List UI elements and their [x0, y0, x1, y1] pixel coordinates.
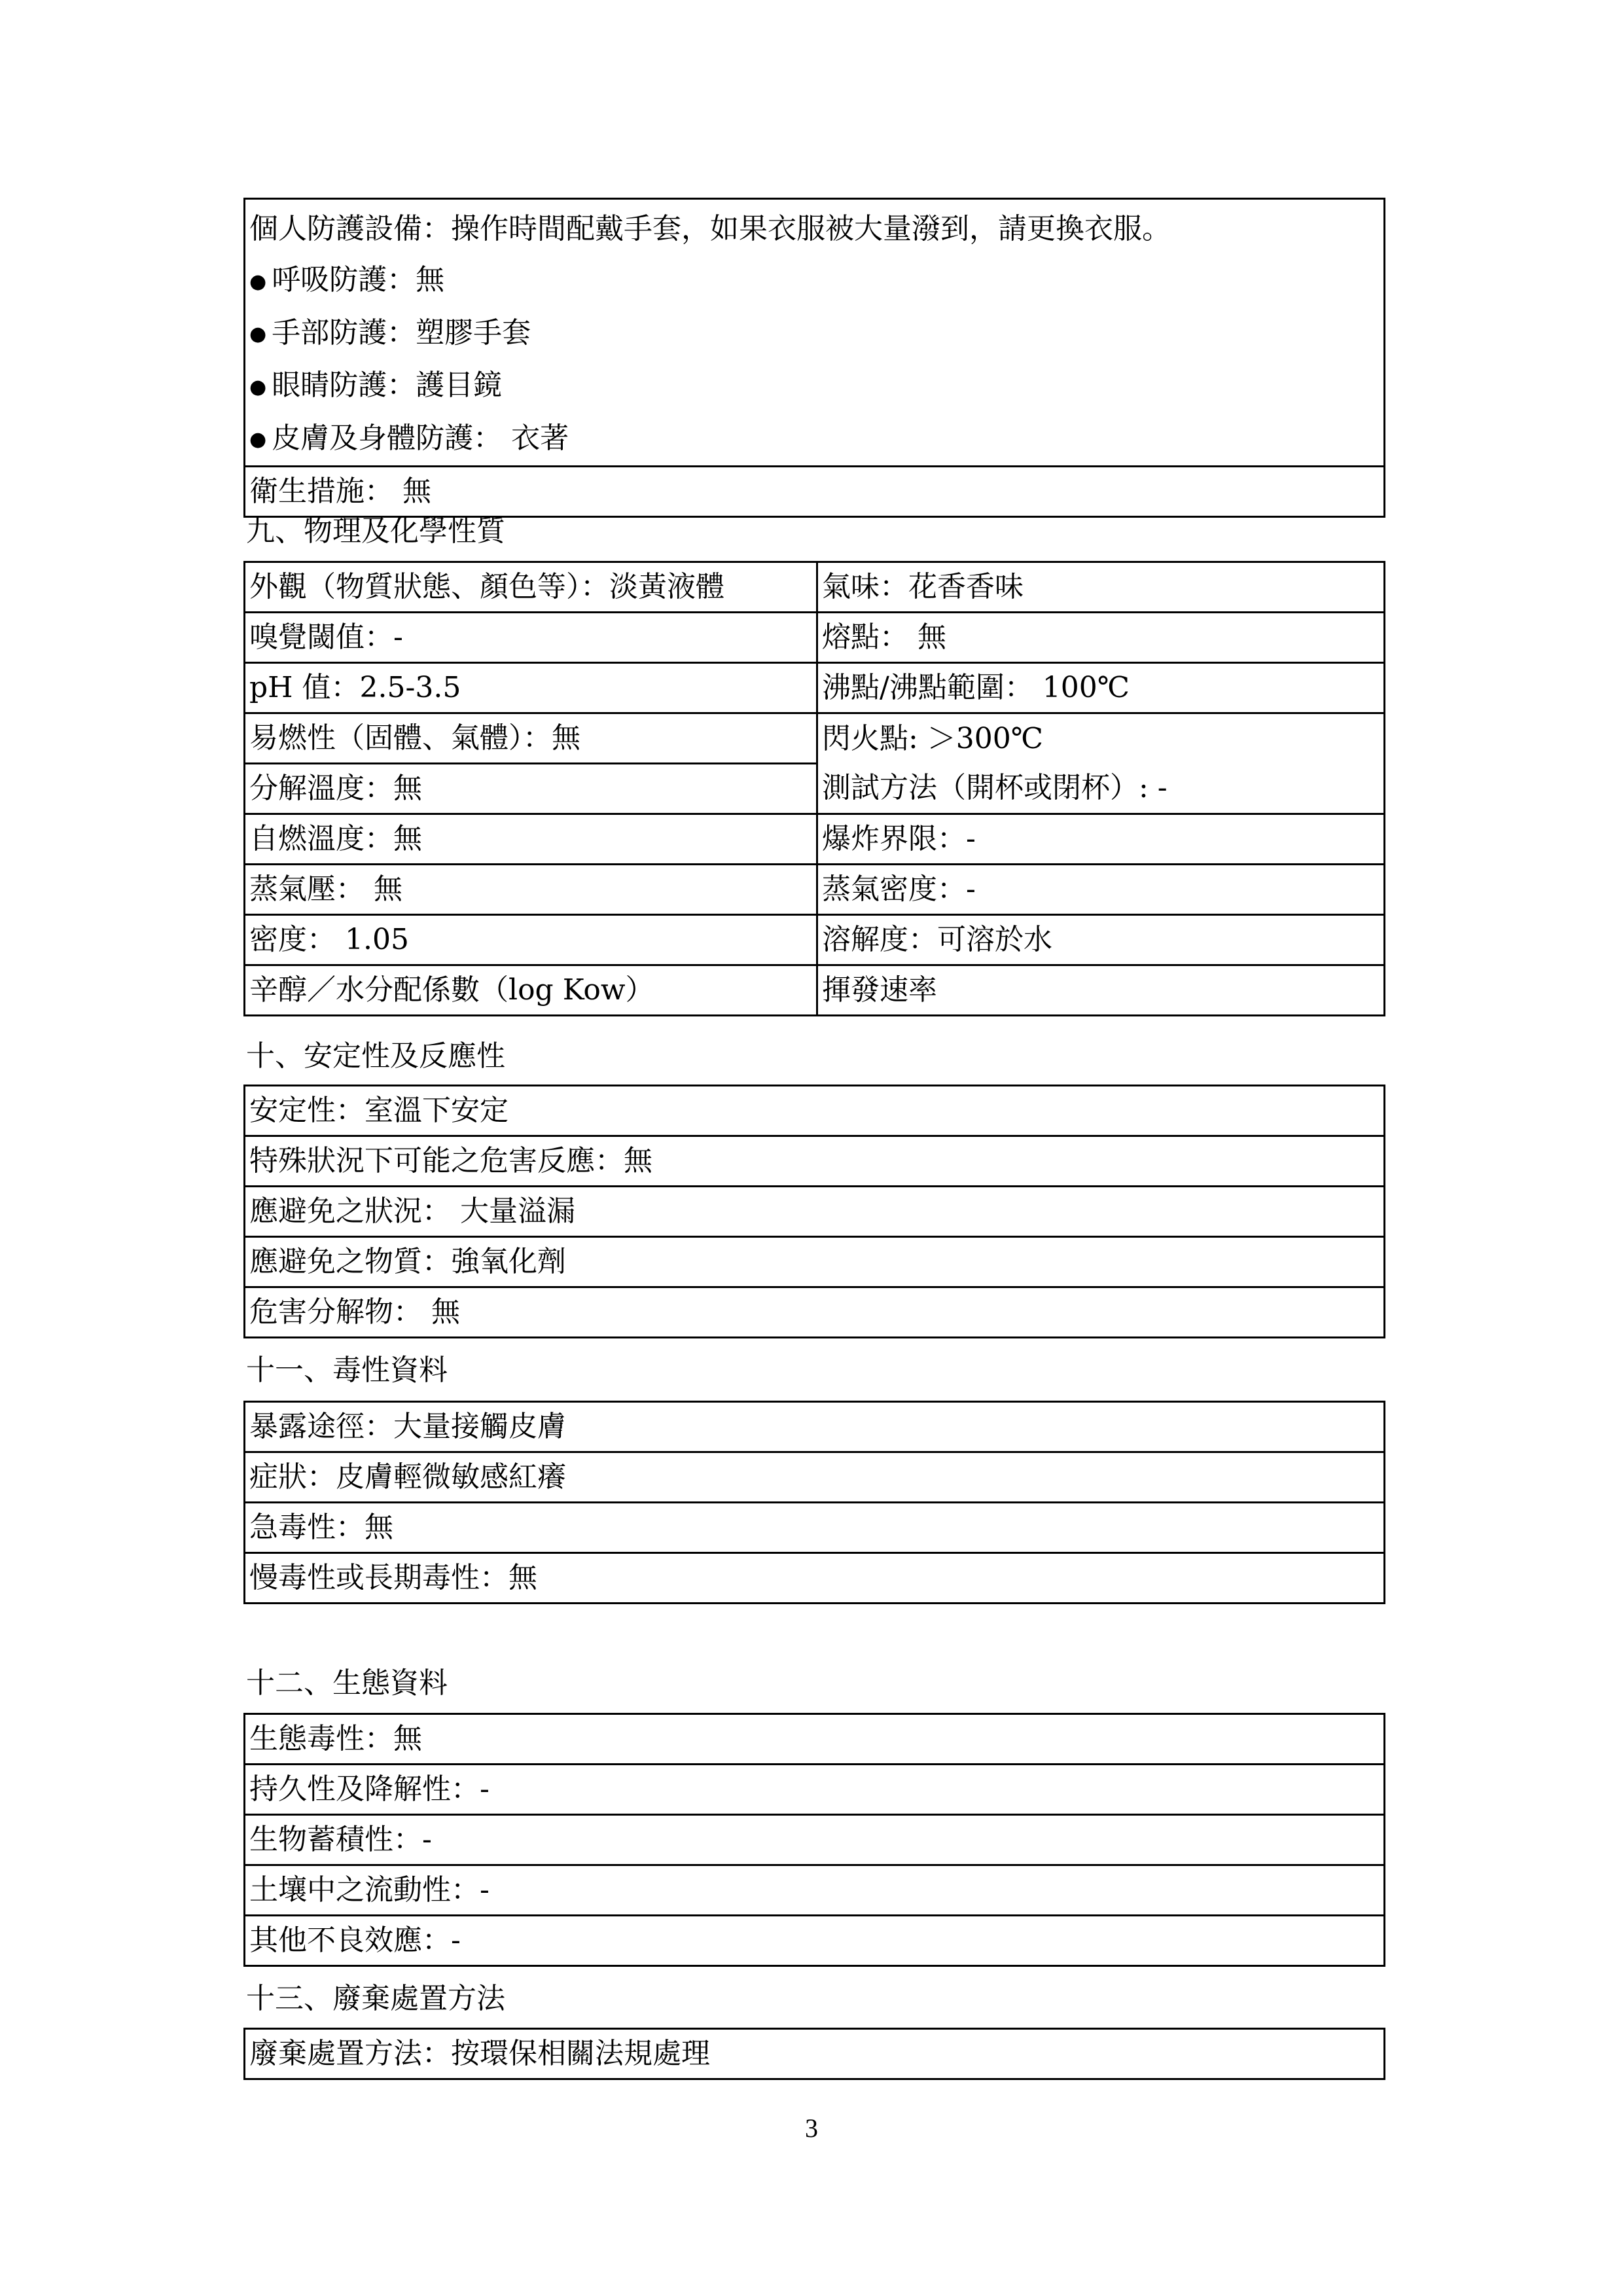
- table-row: 外觀（物質狀態、顏色等）：淡黃液體氣味：花香香味: [245, 562, 1385, 613]
- table-row: 症狀：皮膚輕微敏感紅癢: [245, 1452, 1385, 1503]
- section-10-block: 安定性：室溫下安定 特殊狀況下可能之危害反應：無 應避免之狀況： 大量溢漏 應避…: [243, 1085, 1385, 1338]
- property-cell: pH 值：2.5-3.5: [245, 663, 817, 713]
- stability-cell: 應避免之物質：強氧化劑: [245, 1237, 1385, 1287]
- ppe-cell: 個人防護設備：操作時間配戴手套，如果衣服被大量潑到，請更換衣服。 呼吸防護：無 …: [245, 199, 1385, 467]
- section-10-title: 十、安定性及反應性: [246, 1037, 505, 1076]
- section-9-title: 九、物理及化學性質: [246, 512, 505, 551]
- ecology-cell: 持久性及降解性：-: [245, 1765, 1385, 1815]
- section-13-block: 廢棄處置方法：按環保相關法規處理: [243, 2028, 1385, 2080]
- ppe-item-text: 呼吸防護：無: [272, 263, 444, 296]
- table-row: 急毒性：無: [245, 1503, 1385, 1553]
- table-row: 土壤中之流動性：-: [245, 1865, 1385, 1916]
- ecology-cell: 生物蓄積性：-: [245, 1815, 1385, 1865]
- property-cell: 外觀（物質狀態、顏色等）：淡黃液體: [245, 562, 817, 613]
- ppe-item-eye: 眼睛防護：護目鏡: [249, 360, 1380, 413]
- table-row: 嗅覺閾值：-熔點： 無: [245, 613, 1385, 663]
- table-row: 自燃溫度：無爆炸界限：-: [245, 814, 1385, 865]
- section-12-title: 十二、生態資料: [246, 1664, 448, 1703]
- ecology-cell: 生態毒性：無: [245, 1714, 1385, 1765]
- section-13-title: 十三、廢棄處置方法: [246, 1979, 505, 2018]
- table-row: 應避免之物質：強氧化劑: [245, 1237, 1385, 1287]
- table-row: 分解溫度：無測試方法（開杯或閉杯）: -: [245, 764, 1385, 814]
- property-cell: 氣味：花香香味: [817, 562, 1385, 613]
- property-cell: 自燃溫度：無: [245, 814, 817, 865]
- property-cell: 蒸氣密度：-: [817, 865, 1385, 915]
- stability-cell: 應避免之狀況： 大量溢漏: [245, 1187, 1385, 1237]
- table-row: 持久性及降解性：-: [245, 1765, 1385, 1815]
- ppe-item-text: 皮膚及身體防護： 衣著: [272, 422, 569, 455]
- toxicity-cell: 急毒性：無: [245, 1503, 1385, 1553]
- hygiene-cell: 衛生措施： 無: [245, 467, 1385, 517]
- ppe-item-respiratory: 呼吸防護：無: [249, 255, 1380, 308]
- table-row: 其他不良效應：-: [245, 1916, 1385, 1966]
- property-cell: 密度： 1.05: [245, 915, 817, 965]
- table-row: 蒸氣壓： 無蒸氣密度：-: [245, 865, 1385, 915]
- stability-table: 安定性：室溫下安定 特殊狀況下可能之危害反應：無 應避免之狀況： 大量溢漏 應避…: [243, 1085, 1385, 1338]
- toxicity-cell: 暴露途徑：大量接觸皮膚: [245, 1402, 1385, 1452]
- table-row: 衛生措施： 無: [245, 467, 1385, 517]
- ppe-table: 個人防護設備：操作時間配戴手套，如果衣服被大量潑到，請更換衣服。 呼吸防護：無 …: [243, 198, 1385, 518]
- table-row: 特殊狀況下可能之危害反應：無: [245, 1136, 1385, 1187]
- property-cell: 辛醇／水分配係數（log Kow）: [245, 965, 817, 1016]
- property-cell: 嗅覺閾值：-: [245, 613, 817, 663]
- ppe-item-text: 手部防護：塑膠手套: [272, 316, 531, 350]
- toxicity-table: 暴露途徑：大量接觸皮膚 症狀：皮膚輕微敏感紅癢 急毒性：無 慢毒性或長期毒性：無: [243, 1401, 1385, 1604]
- ecology-table: 生態毒性：無 持久性及降解性：- 生物蓄積性：- 土壤中之流動性：- 其他不良效…: [243, 1713, 1385, 1967]
- ecology-cell: 其他不良效應：-: [245, 1916, 1385, 1966]
- toxicity-cell: 症狀：皮膚輕微敏感紅癢: [245, 1452, 1385, 1503]
- section-9-block: 外觀（物質狀態、顏色等）：淡黃液體氣味：花香香味 嗅覺閾值：-熔點： 無 pH …: [243, 561, 1385, 1016]
- property-cell: 閃火點: ＞300℃: [817, 713, 1385, 764]
- page-number: 3: [0, 2113, 1623, 2144]
- property-cell: 溶解度：可溶於水: [817, 915, 1385, 965]
- ppe-item-skin: 皮膚及身體防護： 衣著: [249, 413, 1380, 466]
- table-row: 個人防護設備：操作時間配戴手套，如果衣服被大量潑到，請更換衣服。 呼吸防護：無 …: [245, 199, 1385, 467]
- table-row: 慢毒性或長期毒性：無: [245, 1553, 1385, 1604]
- property-cell: 爆炸界限：-: [817, 814, 1385, 865]
- table-row: 安定性：室溫下安定: [245, 1086, 1385, 1136]
- table-row: 應避免之狀況： 大量溢漏: [245, 1187, 1385, 1237]
- table-row: 生物蓄積性：-: [245, 1815, 1385, 1865]
- properties-table: 外觀（物質狀態、顏色等）：淡黃液體氣味：花香香味 嗅覺閾值：-熔點： 無 pH …: [243, 561, 1385, 1016]
- table-row: 暴露途徑：大量接觸皮膚: [245, 1402, 1385, 1452]
- table-row: pH 值：2.5-3.5沸點/沸點範圍： 100℃: [245, 663, 1385, 713]
- table-row: 密度： 1.05溶解度：可溶於水: [245, 915, 1385, 965]
- stability-cell: 安定性：室溫下安定: [245, 1086, 1385, 1136]
- stability-cell: 危害分解物： 無: [245, 1287, 1385, 1338]
- ppe-intro: 個人防護設備：操作時間配戴手套，如果衣服被大量潑到，請更換衣服。: [249, 204, 1380, 255]
- property-cell: 分解溫度：無: [245, 764, 817, 814]
- property-cell: 熔點： 無: [817, 613, 1385, 663]
- ppe-block: 個人防護設備：操作時間配戴手套，如果衣服被大量潑到，請更換衣服。 呼吸防護：無 …: [243, 198, 1385, 518]
- property-cell: 沸點/沸點範圍： 100℃: [817, 663, 1385, 713]
- disposal-cell: 廢棄處置方法：按環保相關法規處理: [245, 2029, 1385, 2079]
- table-row: 生態毒性：無: [245, 1714, 1385, 1765]
- stability-cell: 特殊狀況下可能之危害反應：無: [245, 1136, 1385, 1187]
- property-cell: 揮發速率: [817, 965, 1385, 1016]
- section-11-block: 暴露途徑：大量接觸皮膚 症狀：皮膚輕微敏感紅癢 急毒性：無 慢毒性或長期毒性：無: [243, 1401, 1385, 1604]
- table-row: 廢棄處置方法：按環保相關法規處理: [245, 2029, 1385, 2079]
- disposal-table: 廢棄處置方法：按環保相關法規處理: [243, 2028, 1385, 2080]
- section-11-title: 十一、毒性資料: [246, 1351, 448, 1390]
- table-row: 易燃性（固體、氣體）：無閃火點: ＞300℃: [245, 713, 1385, 764]
- ppe-item-text: 眼睛防護：護目鏡: [272, 368, 502, 402]
- ecology-cell: 土壤中之流動性：-: [245, 1865, 1385, 1916]
- property-cell: 蒸氣壓： 無: [245, 865, 817, 915]
- property-cell: 易燃性（固體、氣體）：無: [245, 713, 817, 764]
- toxicity-cell: 慢毒性或長期毒性：無: [245, 1553, 1385, 1604]
- property-cell: 測試方法（開杯或閉杯）: -: [817, 764, 1385, 814]
- table-row: 辛醇／水分配係數（log Kow）揮發速率: [245, 965, 1385, 1016]
- section-12-block: 生態毒性：無 持久性及降解性：- 生物蓄積性：- 土壤中之流動性：- 其他不良效…: [243, 1713, 1385, 1967]
- table-row: 危害分解物： 無: [245, 1287, 1385, 1338]
- ppe-item-hand: 手部防護：塑膠手套: [249, 308, 1380, 361]
